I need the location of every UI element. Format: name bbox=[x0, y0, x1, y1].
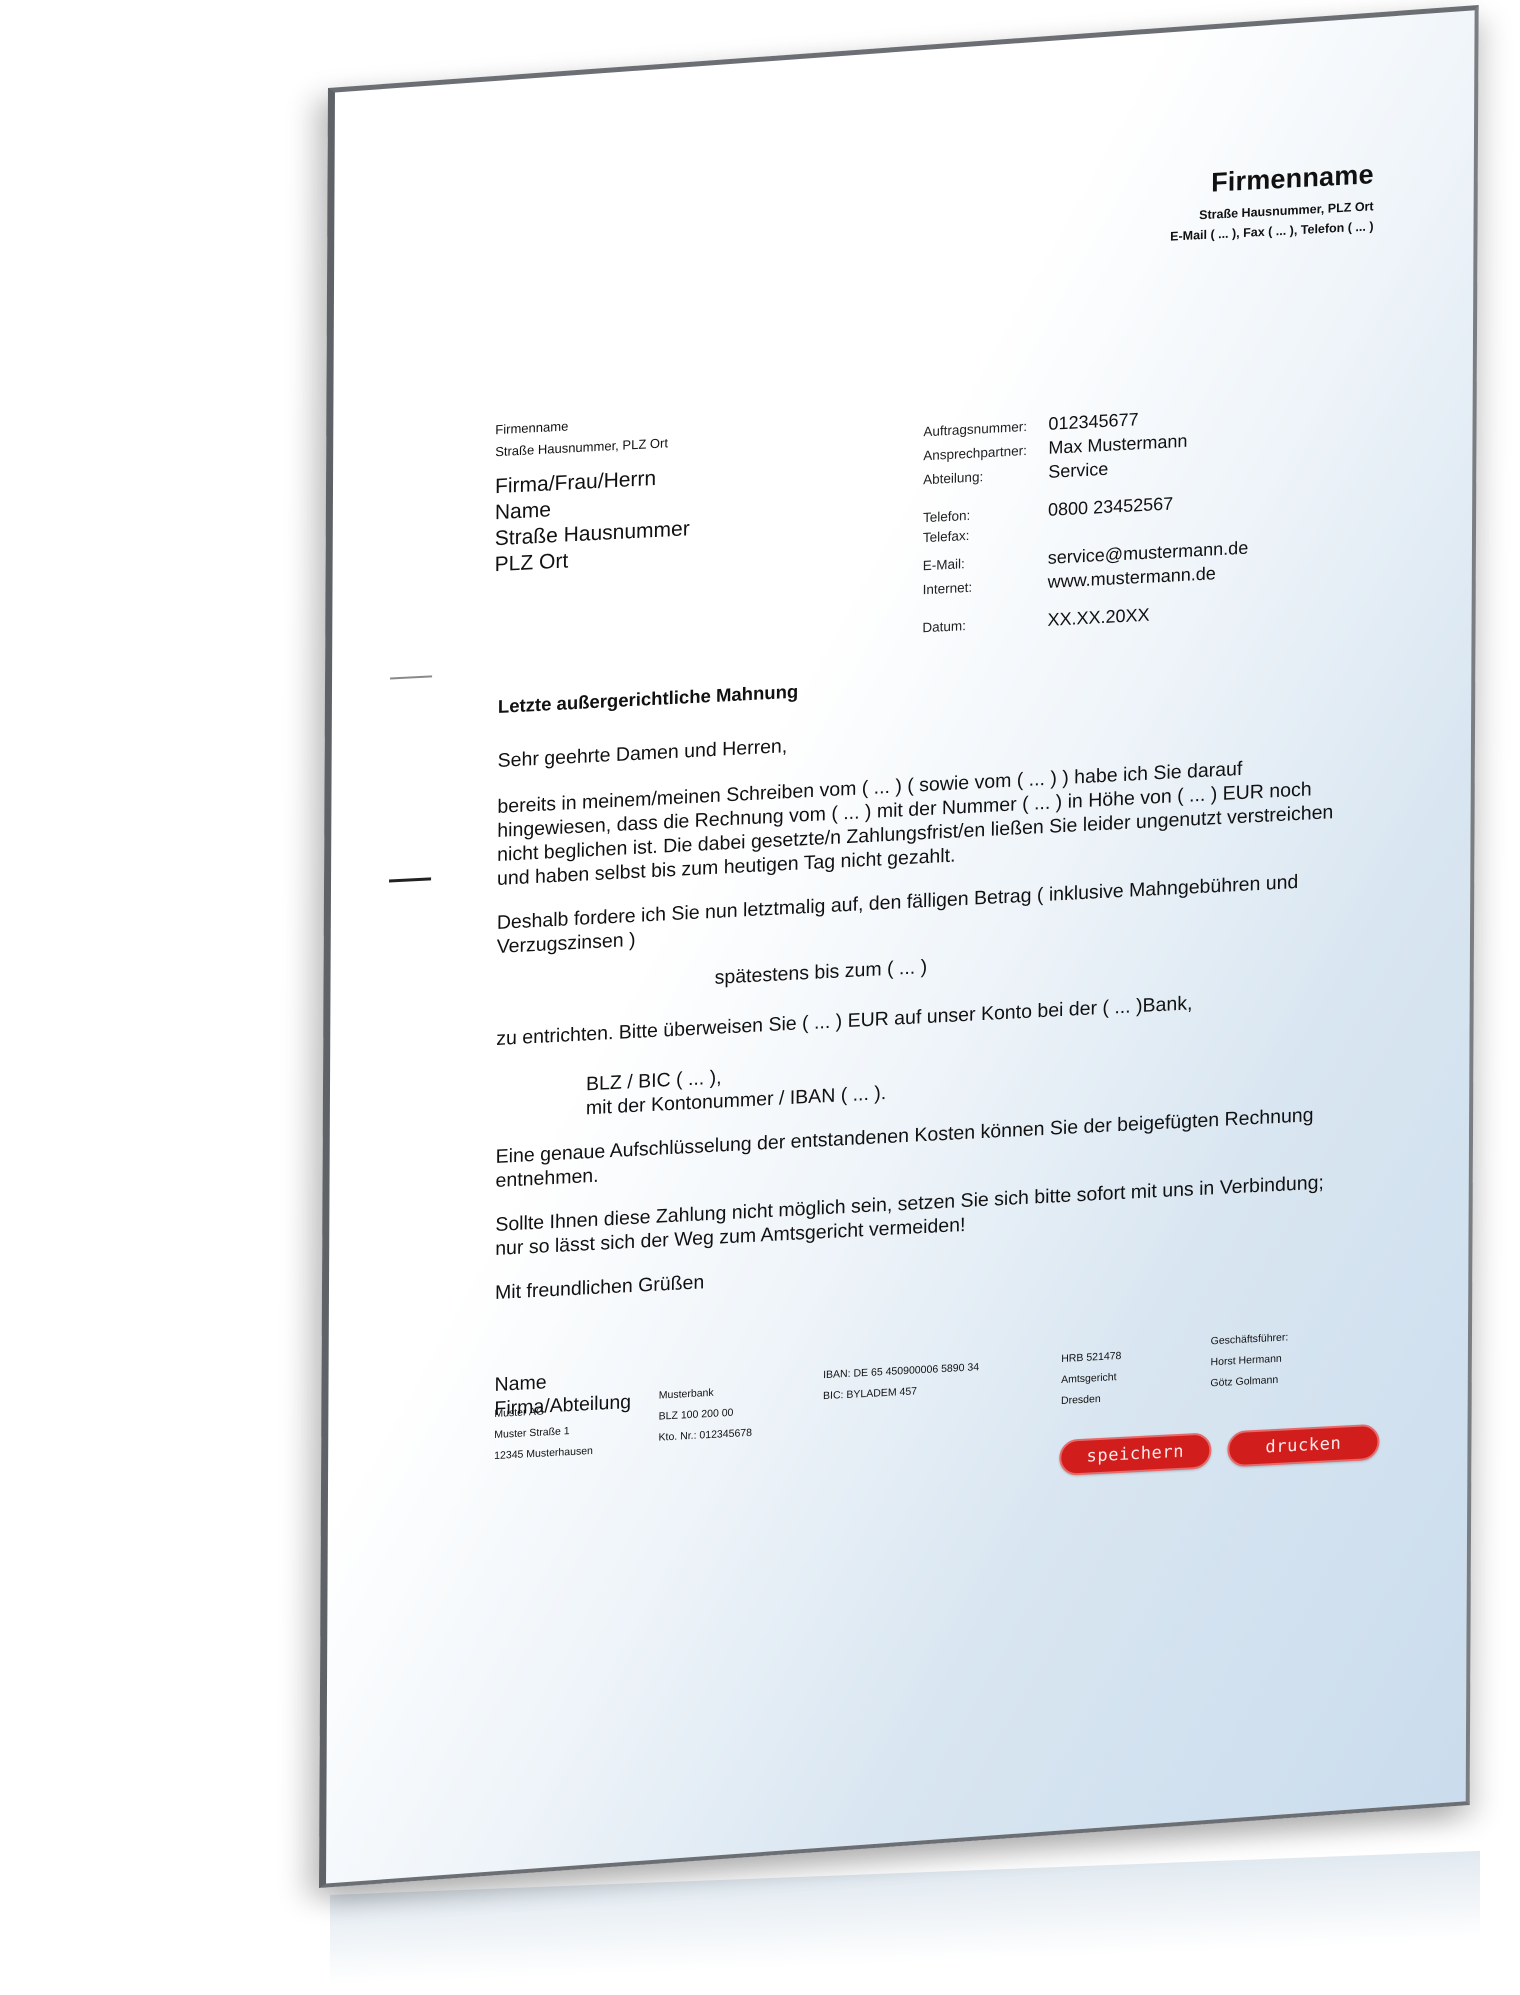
info-label: E-Mail: bbox=[923, 552, 1048, 573]
info-label: Telefon: bbox=[923, 504, 1048, 525]
letter-subject: Letzte außergerichtliche Mahnung bbox=[498, 681, 798, 718]
info-label: Ansprechpartner: bbox=[923, 442, 1048, 463]
recipient-address: Firma/Frau/Herrn Name Straße Hausnummer … bbox=[495, 464, 691, 578]
footer-iban-bic: IBAN: DE 65 450900006 5890 34 BIC: BYLAD… bbox=[823, 1354, 1047, 1450]
info-label: Internet: bbox=[923, 576, 1048, 597]
footer-management: Geschäftsführer: Horst Hermann Götz Golm… bbox=[1210, 1323, 1375, 1430]
sender-return-address: Firmenname Straße Hausnummer, PLZ Ort bbox=[495, 410, 668, 463]
document-preview-stage: Firmenname Straße Hausnummer, PLZ Ort E-… bbox=[0, 0, 1520, 1995]
letter-page: Firmenname Straße Hausnummer, PLZ Ort E-… bbox=[319, 5, 1479, 1888]
save-button[interactable]: speichern bbox=[1059, 1432, 1211, 1476]
info-value: 012345677 bbox=[1048, 409, 1138, 435]
info-label: Abteilung: bbox=[923, 466, 1048, 487]
info-value: XX.XX.20XX bbox=[1047, 605, 1149, 631]
fold-mark-middle bbox=[389, 877, 431, 882]
reference-info-block: Auftragsnummer: 012345677 Ansprechpartne… bbox=[922, 404, 1249, 641]
print-button[interactable]: drucken bbox=[1227, 1424, 1379, 1468]
letter-paragraph-1: bereits in meinem/meinen Schreiben vom (… bbox=[497, 751, 1358, 891]
info-value: 0800 23452567 bbox=[1048, 493, 1173, 520]
info-value: Service bbox=[1048, 459, 1108, 483]
letterhead-company-name: Firmenname bbox=[1170, 159, 1373, 200]
footer-registry: HRB 521478 Amtsgericht Dresden bbox=[1047, 1341, 1211, 1438]
letter-body: Sehr geehrte Damen und Herren, bereits i… bbox=[494, 705, 1358, 1421]
footer-company-address: Muster AG Muster Straße 1 12345 Musterha… bbox=[494, 1396, 659, 1467]
info-row-date: Datum: XX.XX.20XX bbox=[922, 600, 1248, 641]
fold-mark-top bbox=[390, 675, 432, 679]
info-label: Datum: bbox=[922, 614, 1047, 635]
info-label: Auftragsnummer: bbox=[923, 418, 1048, 439]
letterhead: Firmenname Straße Hausnummer, PLZ Ort E-… bbox=[1170, 159, 1374, 243]
footer-bank: Musterbank BLZ 100 200 00 Kto. Nr.: 0123… bbox=[658, 1377, 823, 1458]
letterhead-contact: E-Mail ( ... ), Fax ( ... ), Telefon ( .… bbox=[1170, 219, 1373, 243]
